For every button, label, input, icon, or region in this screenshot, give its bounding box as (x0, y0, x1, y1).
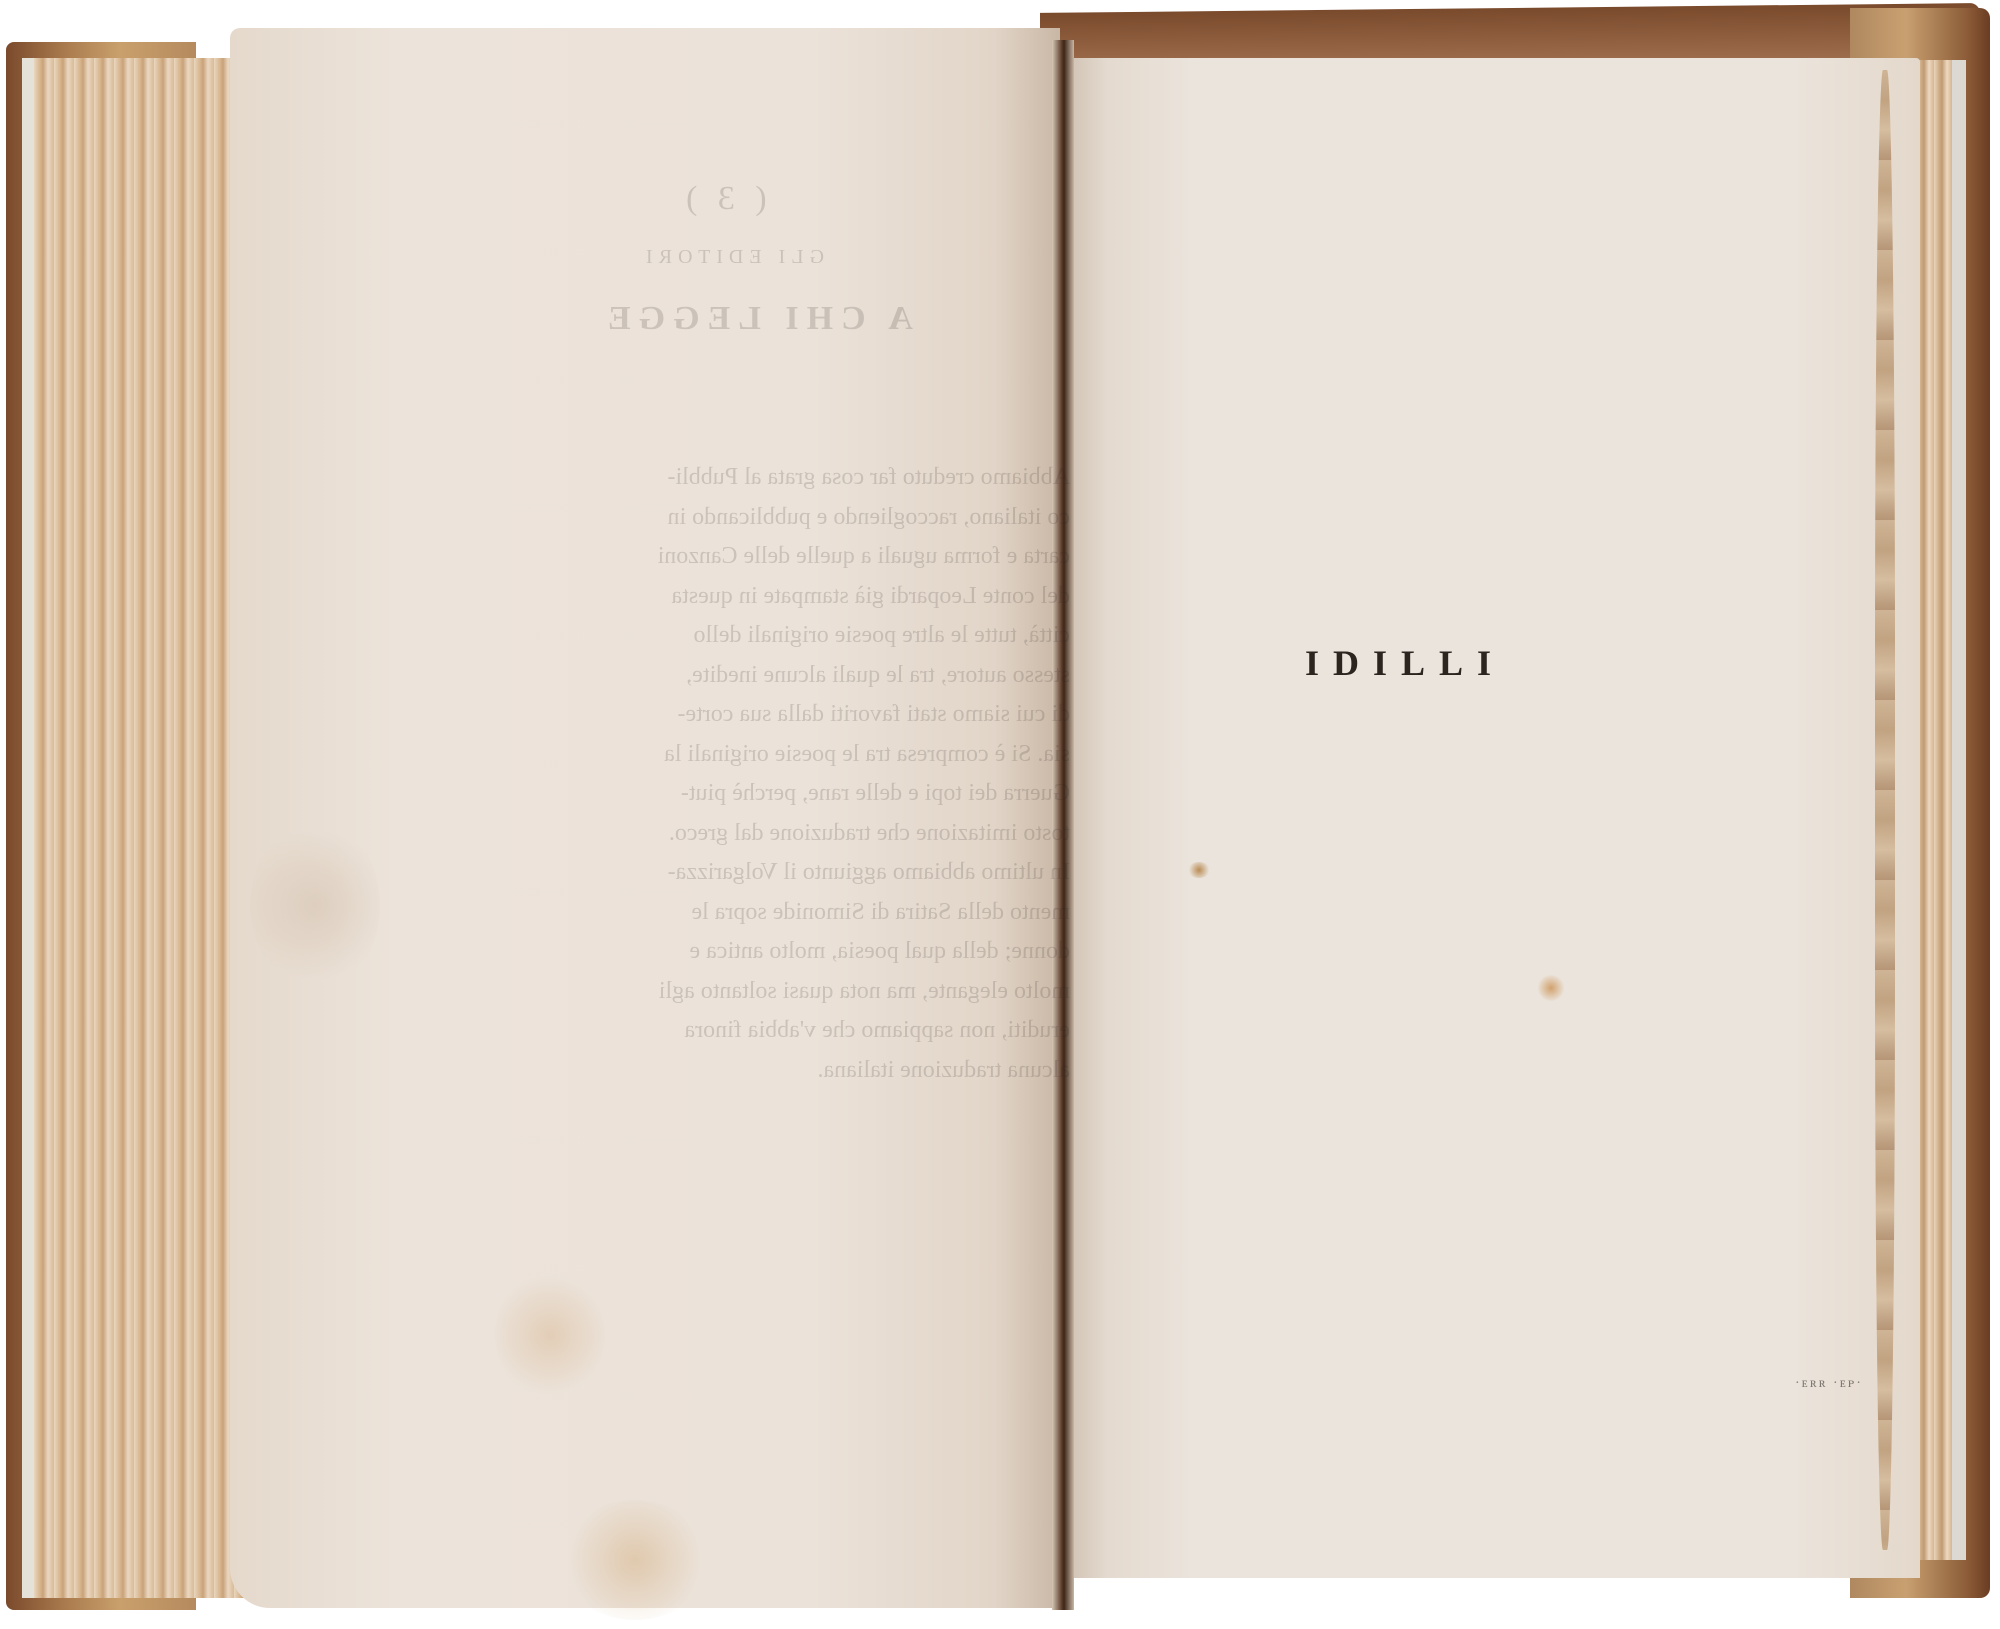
foxing-stain (1538, 975, 1564, 1001)
foxing-stain (250, 820, 380, 990)
bleed-line: stesso autore, tra le quali alcune inedi… (430, 656, 1070, 696)
bleed-line: carta e forma uguali a quelle delle Canz… (430, 537, 1070, 577)
bleed-line: In ultimo abbiamo aggiunto il Volgarizza… (430, 853, 1070, 893)
right-page (1065, 58, 1920, 1578)
half-title: IDILLI (1305, 642, 1505, 684)
bleed-line: co italiano, raccogliendo e pubblicando … (430, 498, 1070, 538)
bleed-section-label: GLI EDITORI (640, 246, 824, 269)
bleed-page-number: ( 3 ) (680, 180, 767, 218)
foxing-stain (1188, 862, 1210, 878)
bleed-paragraph: Abbiamo creduto far cosa grata al Pubbli… (430, 458, 1070, 1090)
bleed-line: Abbiamo creduto far cosa grata al Pubbli… (430, 458, 1070, 498)
bleed-line: del conte Leopardi già stampate in quest… (430, 577, 1070, 617)
bleed-line: alcuna traduzione italiana. (430, 1051, 1070, 1091)
bleed-line: di cui siamo stati favoriti dalla sua co… (430, 695, 1070, 735)
bleed-line: mento della Satira di Simonide sopra le (430, 893, 1070, 933)
torn-page-edge (1875, 70, 1895, 1550)
bleed-line: tosto imitazione che traduzione dal grec… (430, 814, 1070, 854)
signature-mark: ·ᴇʀʀ ·ᴇᴘ· (1795, 1376, 1863, 1392)
bleed-line: molto elegante, ma nota quasi soltanto a… (430, 972, 1070, 1012)
foxing-stain (560, 1500, 710, 1620)
page-edges-left (22, 58, 249, 1598)
bleed-heading: A CHI LEGGE (600, 300, 913, 338)
bleed-line: città, tutte le altre poesie originali d… (430, 616, 1070, 656)
bleed-line: eruditi, non sappiamo che v'abbia finora (430, 1011, 1070, 1051)
foxing-stain (495, 1270, 605, 1400)
bleed-line: Guerra dei topi e delle rane, perchè piu… (430, 774, 1070, 814)
bleed-line: sia. Si è compresa tra le poesie origina… (430, 735, 1070, 775)
bleed-line: donne; della qual poesia, molto antica e (430, 932, 1070, 972)
